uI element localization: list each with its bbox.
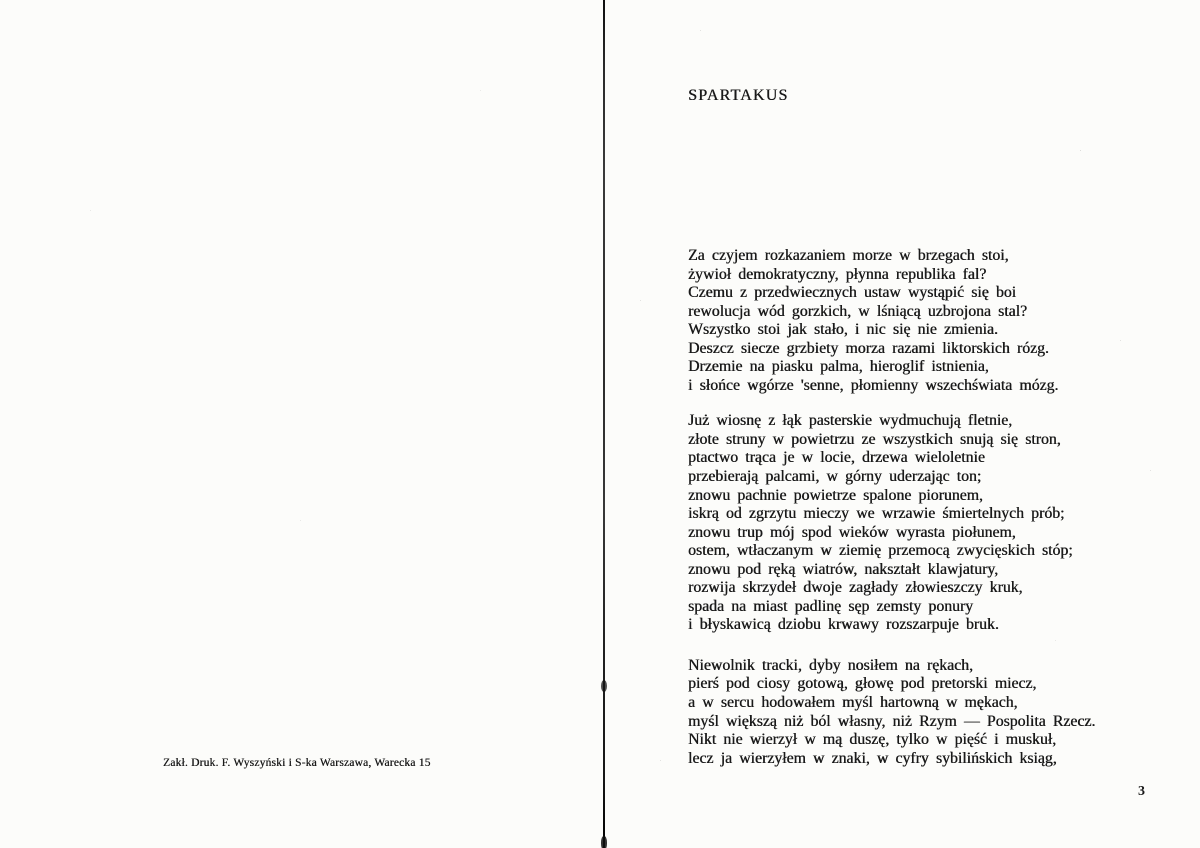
poem-title: SPARTAKUS	[688, 87, 788, 105]
poem-line: Już wiosnę z łąk pasterskie wydmuchują f…	[688, 412, 1095, 431]
poem-line: pierś pod ciosy gotową, głowę pod pretor…	[688, 675, 1095, 694]
poem-body: Za czyjem rozkazaniem morze w brzegach s…	[688, 247, 1095, 768]
right-page: SPARTAKUS Za czyjem rozkazaniem morze w …	[606, 0, 1200, 848]
stanza-2: Już wiosnę z łąk pasterskie wydmuchują f…	[688, 412, 1095, 635]
stanza-1: Za czyjem rozkazaniem morze w brzegach s…	[688, 247, 1095, 395]
poem-line: Czemu z przedwiecznych ustaw wystąpić si…	[688, 284, 1095, 303]
poem-line: ostem, wtłaczanym w ziemię przemocą zwyc…	[688, 542, 1095, 561]
poem-line: żywioł demokratyczny, płynna republika f…	[688, 266, 1095, 285]
poem-line: a w sercu hodowałem myśl hartowną w męka…	[688, 694, 1095, 713]
poem-line: myśl większą niż ból własny, niż Rzym — …	[688, 713, 1095, 732]
poem-line: Drzemie na piasku palma, hieroglif istni…	[688, 358, 1095, 377]
poem-line: rozwija skrzydeł dwoje zagłady złowieszc…	[688, 579, 1095, 598]
poem-line: Niewolnik tracki, dyby nosiłem na rękach…	[688, 657, 1095, 676]
poem-line: spada na miast padlinę sęp zemsty ponury	[688, 598, 1095, 617]
printer-imprint: Zakł. Druk. F. Wyszyński i S-ka Warszawa…	[163, 757, 431, 769]
book-gutter-line	[603, 0, 605, 848]
poem-line: Nikt nie wierzył w mą duszę, tylko w pię…	[688, 731, 1095, 750]
poem-line: ptactwo trąca je w locie, drzewa wielole…	[688, 449, 1095, 468]
poem-line: i błyskawicą dziobu krwawy rozszarpuje b…	[688, 616, 1095, 635]
poem-line: złote struny w powietrzu ze wszystkich s…	[688, 431, 1095, 450]
poem-line: i słońce wgórze 'senne, płomienny wszech…	[688, 377, 1095, 396]
scan-noise-specks	[0, 0, 1, 1]
poem-line: Deszcz siecze grzbiety morza razami likt…	[688, 340, 1095, 359]
poem-line: Za czyjem rozkazaniem morze w brzegach s…	[688, 247, 1095, 266]
poem-line: znowu trup mój spod wieków wyrasta piołu…	[688, 524, 1095, 543]
poem-line: znowu pod ręką wiatrów, nakształt klawja…	[688, 561, 1095, 580]
poem-line: lecz ja wierzyłem w znaki, w cyfry sybil…	[688, 750, 1095, 769]
stanza-3: Niewolnik tracki, dyby nosiłem na rękach…	[688, 657, 1095, 768]
page-number: 3	[1138, 784, 1145, 800]
poem-line: Wszystko stoi jak stało, i nic się nie z…	[688, 321, 1095, 340]
left-page: Zakł. Druk. F. Wyszyński i S-ka Warszawa…	[0, 0, 603, 848]
poem-line: rewolucja wód gorzkich, w lśniącą uzbroj…	[688, 303, 1095, 322]
poem-line: iskrą od zgrzytu mieczy we wrzawie śmier…	[688, 505, 1095, 524]
poem-line: przebierają palcami, w górny uderzając t…	[688, 468, 1095, 487]
poem-line: znowu pachnie powietrze spalone piorunem…	[688, 487, 1095, 506]
